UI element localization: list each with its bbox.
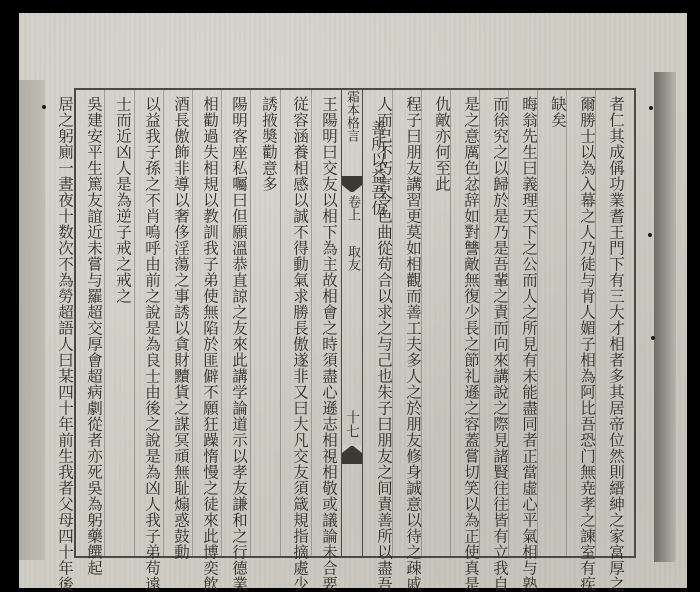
text-column: 陽明客座私囑曰但願溫恭直諒之友來此講学論道示以孝友謙和之行德業 [228,96,250,556]
text-column: 缺矣 [547,96,569,556]
column-rule [192,90,193,556]
text-column: 仇敵亦何至此 [431,96,453,556]
ink-spot [651,336,655,340]
text-column: 者仁其成偁功業耆王門下有三大才相者多其居帝位然則縉紳之家富厚之室尤高 [605,96,627,556]
column-rule [280,90,281,556]
column-rule [221,90,222,556]
text-column: 晦翁先生曰義理天下之公而人之所見有未能盡同者正當虛心平氣相与熟講 [518,96,540,556]
fold-book-title: 霜本格言 [341,90,362,142]
text-column: 吳建安平生篤友誼近未嘗与羅超交厚會超病劇從者亦死吳為躬藥饌起 [83,96,105,556]
text-column: 是之意厲色忿辞如對讐敵無復少長之節礼遜之容蓋嘗切笑以為正使真是 [460,96,482,556]
column-rule [134,90,135,556]
right-page-edge [654,72,676,562]
ink-spot [649,106,653,110]
fish-tail-top-icon [342,176,362,192]
text-column: 爾勝士以為入幕之人乃徒与肯人媚子相為阿比吾恐门無尭孝之諫室有疾藜之 [576,96,598,556]
text-column: 誘掖奬勸意多 [258,96,280,556]
text-column: 従容涵養相感以誠不得動氣求勝長傲遂非又曰大凡交友須箴規指摘處少 [289,96,311,556]
fold-section-title: 取友 [342,245,362,271]
text-column: 相勸過失相規以教訓我子弟使無陷於匪僻不願狂躁惰慢之徒來此博奕飲 [199,96,221,556]
fold-line-left [341,88,342,558]
text-column: 而徐究之以歸於是乃是吾輩之責而向來講說之際見諸賢往往皆有立我自 [489,96,511,556]
text-column: 程子曰朋友講習更莫如相觀而善工夫多人之於朋友修身誠意以待之疎戚在 [402,96,424,556]
text-column: 王陽明曰交友以相下為主故相會之時須盡心遜志相視相敬或議論未合要在 [318,96,340,556]
left-page-edge [19,80,45,560]
ink-spot [648,233,652,237]
text-column: 以益我子孫之不肖嗚呼由前之說是為良士由後之說是為凶人我子弟苟遠良 [141,96,163,556]
fold-volume: 卷上 [342,195,362,221]
text-column: 士而近凶人是為逆子戒之戒之 [112,96,134,556]
fish-tail-bottom-icon [342,446,362,464]
fold-page-number: 十七 [342,410,362,438]
text-column: 居之躬廁一晝夜十数次不為勞超語人曰某四十年前生我者父母四十年後生我 [54,96,76,556]
ink-spot [42,105,46,109]
fold-line-right [362,88,363,558]
column-rule [311,90,312,556]
column-rule [250,90,251,556]
text-column: 善所以益吾仿 [367,120,389,580]
text-column: 酒長傲飾非導以奢侈淫蕩之事誘以貪財黷貨之謀冥頑無耻煽惑鼓動 [170,96,192,556]
column-rule [163,90,164,556]
